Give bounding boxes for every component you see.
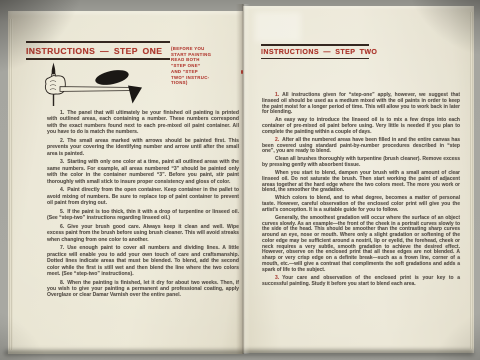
paragraph-number: 3. [60, 159, 64, 165]
painted-area-blob [94, 68, 130, 88]
light-reflection [255, 12, 301, 42]
paragraph-text: Generally, the smoothest gradation will … [262, 215, 460, 273]
paragraph-number: 5. [60, 209, 64, 215]
paragraph-text: The panel that will ultimately be your f… [47, 110, 239, 135]
heading-rule-bottom [261, 58, 369, 60]
paragraph: 3.Your care and observation of the enclo… [262, 276, 460, 288]
heading-rule-top [26, 41, 170, 43]
paintbrush-bristles-icon [52, 63, 56, 75]
paragraph-number: 7. [60, 245, 64, 251]
paragraph: When you start to blend, dampen your bru… [262, 171, 460, 194]
step-two-heading-text: INSTRUCTIONS — STEP TWO [261, 48, 369, 56]
paragraph-text: Paint directly from the open container. … [47, 187, 239, 206]
paragraph-number: 2. [60, 138, 64, 144]
paragraph: 6.Give your brush good care. Always keep… [47, 224, 239, 243]
arrowhead-icon [128, 86, 142, 104]
arrow-shaft [60, 87, 132, 92]
paragraph: Clean all brushes thoroughly with turpen… [262, 157, 460, 169]
photo-background: INSTRUCTIONS — STEP ONE (BEFORE YOU STAR… [0, 0, 480, 360]
paragraph-text: Your care and observation of the enclose… [262, 275, 460, 287]
step-one-body-text: 1.The panel that will ultimately be your… [47, 110, 239, 301]
paragraph: 1.All instructions given for “step-one” … [262, 93, 460, 116]
read-both-steps-note: (BEFORE YOU START PAINTING READ BOTH “ST… [171, 46, 221, 86]
paragraph: 3.Starting with only one color at a time… [47, 159, 239, 185]
booklet-page-step-one: INSTRUCTIONS — STEP ONE (BEFORE YOU STAR… [8, 11, 243, 354]
paragraph: 2.After all the numbered areas have been… [262, 138, 460, 155]
page-stack-edge [9, 19, 13, 350]
paragraph: 1.The panel that will ultimately be your… [47, 110, 239, 136]
paragraph-text: If the paint is too thick, thin it with … [47, 209, 239, 221]
heading-rule-top [261, 44, 369, 46]
red-ink-mark [241, 70, 243, 74]
paragraph-text: Starting with only one color at a time, … [47, 159, 239, 184]
paragraph-number: 8. [60, 280, 64, 286]
booklet-page-step-two: INSTRUCTIONS — STEP TWO 1.All instructio… [243, 6, 474, 353]
paragraph: An easy way to introduce the linseed oil… [262, 118, 460, 135]
step-two-body-text: 1.All instructions given for “step-one” … [262, 93, 460, 289]
paragraph-text: The small areas marked with arrows shoul… [47, 138, 239, 157]
paragraph: Which colors to blend, and to what degre… [262, 196, 460, 213]
booklet-center-fold [236, 4, 250, 354]
paragraph-text: An easy way to introduce the linseed oil… [262, 117, 460, 135]
paintbrush-hand-arrow-illustration [44, 61, 148, 109]
step-one-heading: INSTRUCTIONS — STEP ONE [26, 41, 170, 60]
paragraph-text: Which colors to blend, and to what degre… [262, 195, 460, 213]
paragraph: 7.Use enough paint to cover all numbers … [47, 245, 239, 277]
paragraph-text: Clean all brushes thoroughly with turpen… [262, 156, 460, 168]
step-one-heading-text: INSTRUCTIONS — STEP ONE [26, 46, 170, 56]
paragraph-text: Give your brush good care. Always keep i… [47, 224, 239, 243]
step-two-heading: INSTRUCTIONS — STEP TWO [261, 44, 369, 59]
paragraph-text: When the painting is finished, let it dr… [47, 280, 239, 299]
paragraph-number: 6. [60, 224, 64, 230]
paragraph-text: When you start to blend, dampen your bru… [262, 170, 460, 193]
paragraph: 8.When the painting is finished, let it … [47, 280, 239, 299]
page-stack-edge [470, 12, 473, 349]
paragraph: 2.The small areas marked with arrows sho… [47, 138, 239, 157]
paragraph: 5.If the paint is too thick, thin it wit… [47, 209, 239, 222]
paragraph-text: After all the numbered areas have been f… [262, 137, 460, 155]
paragraph: 4.Paint directly from the open container… [47, 187, 239, 206]
paragraph-text: Use enough paint to cover all numbers an… [47, 245, 239, 277]
paragraph-number: 4. [60, 187, 64, 193]
paragraph: Generally, the smoothest gradation will … [262, 216, 460, 274]
paragraph-text: All instructions given for “step-one” ap… [262, 92, 460, 115]
